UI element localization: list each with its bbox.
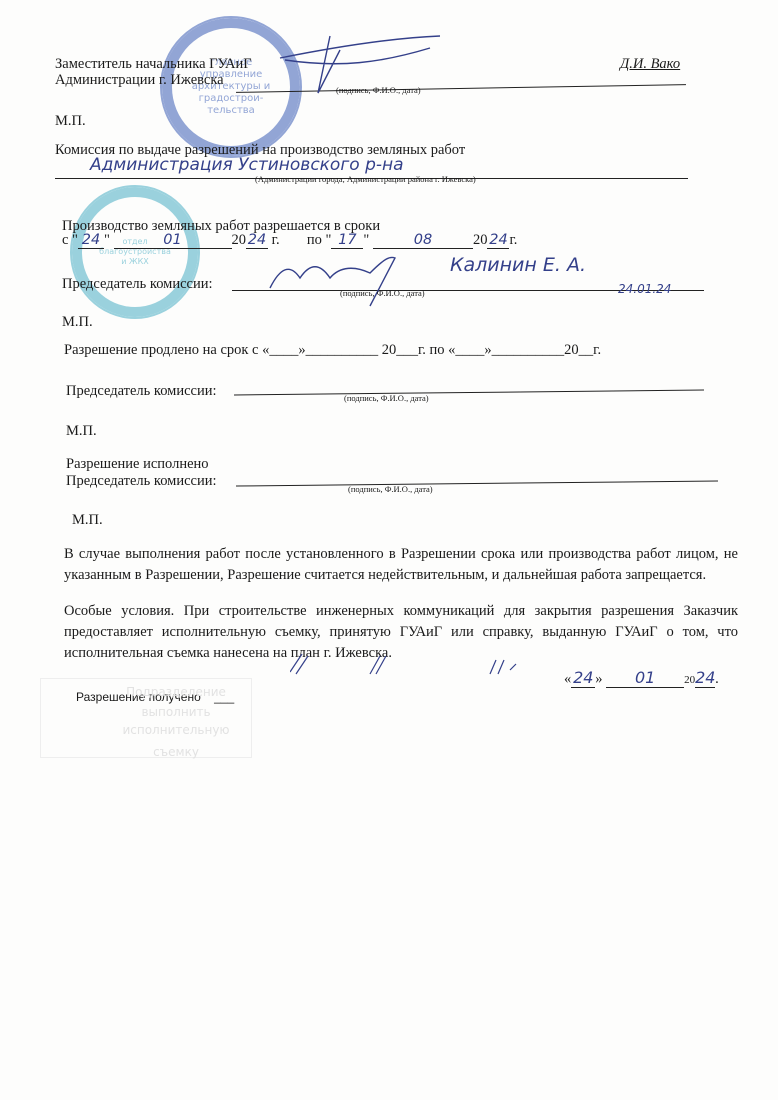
chairman-3-caption: (подпись, Ф.И.О., дата) — [348, 484, 433, 494]
chairman-2-caption: (подпись, Ф.И.О., дата) — [344, 393, 429, 403]
receipt-day: 24 — [571, 668, 595, 688]
chairman-1-caption: (подпись, Ф.И.О., дата) — [340, 288, 425, 298]
stamp-district: отдел благоустройства и ЖКХ — [70, 185, 200, 319]
chairman-2-label: Председатель комиссии: — [66, 383, 217, 400]
chairman-signature-scribble-icon — [260, 248, 410, 308]
mp-4: М.П. — [72, 512, 103, 529]
completion-label: Разрешение исполнено — [66, 456, 209, 473]
signature-scribble-icon — [270, 28, 450, 98]
to-day: 17 — [331, 232, 363, 249]
chairman-3-label: Председатель комиссии: — [66, 473, 217, 490]
receipt-date: «24» 012024. — [564, 668, 719, 688]
from-day: 24 — [78, 232, 104, 249]
period-dates: с "24" 012024 г. по "17" 082024г. — [62, 232, 517, 249]
from-year: 24 — [246, 232, 268, 249]
signer-name: Д.И. Вако — [620, 56, 680, 73]
receipt-year: 24 — [695, 668, 715, 688]
to-year: 24 — [487, 232, 509, 249]
chairman-1-handwritten-name: Калинин Е. А. — [450, 254, 586, 276]
chairman-1-label: Председатель комиссии: — [62, 276, 213, 293]
mp-1: М.П. — [55, 113, 86, 130]
commission-handwritten: Администрация Устиновского р-на — [90, 155, 404, 175]
receipt-month: 01 — [606, 668, 684, 688]
position-title-line2: Администрации г. Ижевска — [55, 72, 224, 89]
to-month: 08 — [373, 232, 473, 249]
chairman-1-handwritten-date: 24.01.24 — [618, 282, 671, 296]
mp-3: М.П. — [66, 423, 97, 440]
commission-caption: (Администрации города, Администрации рай… — [255, 174, 476, 184]
bleed-through-box: Подразделение выполнить исполнительную с… — [40, 678, 252, 758]
chairman-2-line — [234, 390, 704, 396]
position-title-line1: Заместитель начальника ГУАиГ — [55, 56, 252, 73]
notice-strike-marks-icon — [290, 650, 530, 680]
from-month: 01 — [114, 232, 232, 249]
chairman-3-line — [236, 480, 718, 486]
notice-paragraph-1: В случае выполнения работ после установл… — [64, 544, 738, 586]
extension-text: Разрешение продлено на срок с «____»____… — [64, 342, 601, 359]
mp-2: М.П. — [62, 314, 93, 331]
